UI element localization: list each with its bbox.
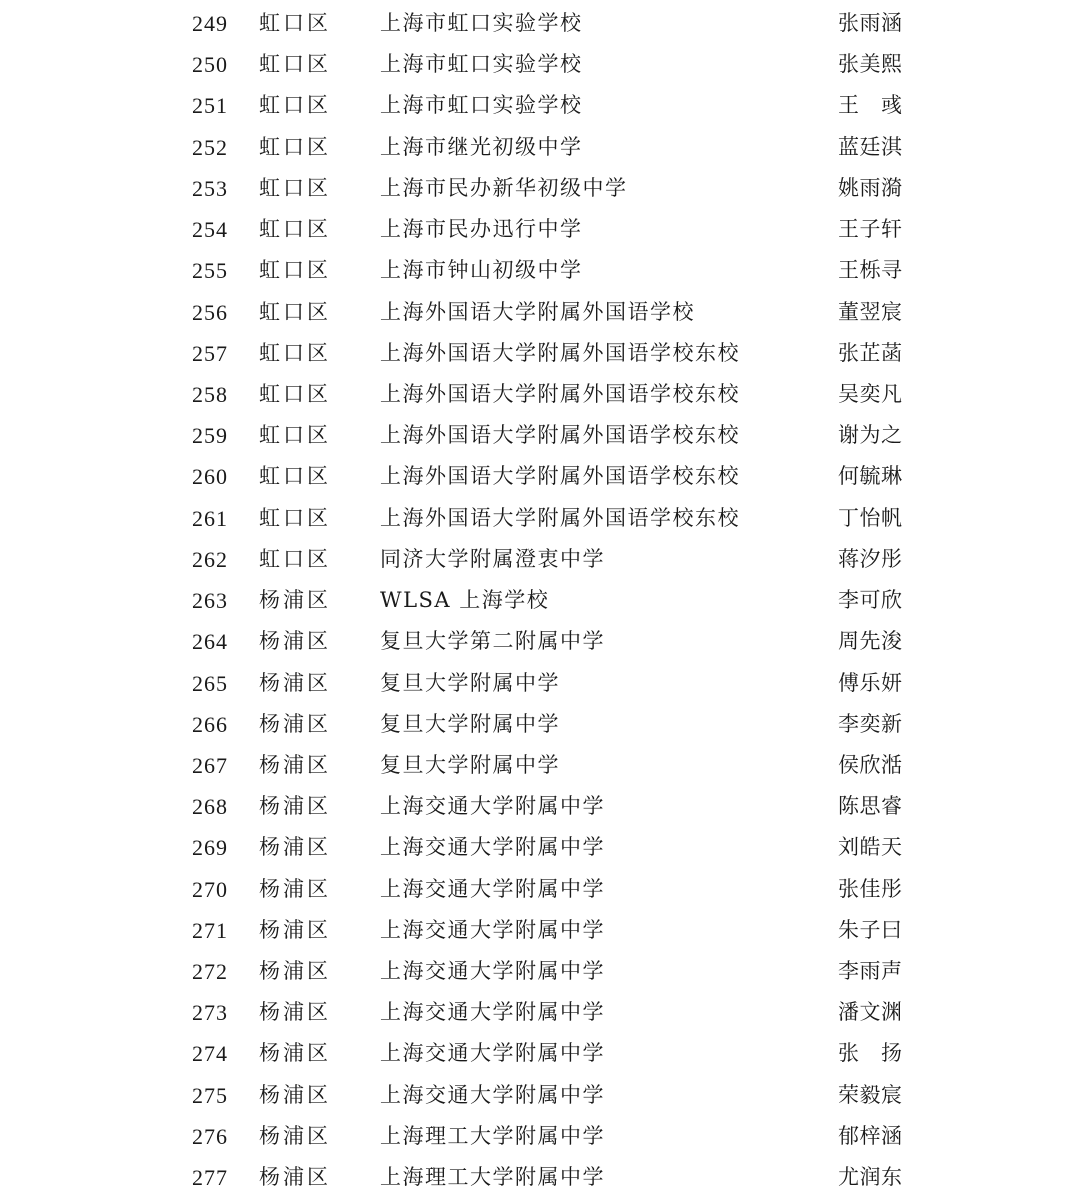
table-row: 272 杨浦区 上海交通大学附属中学 李雨声: [0, 951, 1080, 992]
district: 杨浦区: [259, 745, 331, 786]
school-name: 上海交通大学附属中学: [380, 869, 605, 910]
student-name: 谢为之: [838, 415, 902, 456]
district: 杨浦区: [259, 992, 331, 1033]
student-name: 丁怡帆: [838, 498, 902, 539]
district: 虹口区: [259, 209, 331, 250]
row-number: 262: [192, 539, 228, 580]
row-number: 276: [192, 1116, 228, 1157]
table-row: 261 虹口区 上海外国语大学附属外国语学校东校 丁怡帆: [0, 498, 1080, 539]
row-number: 252: [192, 127, 228, 168]
student-name: 尤润东: [838, 1157, 902, 1198]
row-number: 260: [192, 456, 228, 497]
district: 杨浦区: [259, 1033, 331, 1074]
district: 虹口区: [259, 374, 331, 415]
row-number: 270: [192, 869, 228, 910]
school-name: 上海市虹口实验学校: [380, 44, 583, 85]
school-name: 上海市继光初级中学: [380, 127, 583, 168]
district: 虹口区: [259, 333, 331, 374]
table-row: 267 杨浦区 复旦大学附属中学 侯欣湉: [0, 745, 1080, 786]
student-name: 蓝廷淇: [838, 127, 902, 168]
table-row: 266 杨浦区 复旦大学附属中学 李奕新: [0, 704, 1080, 745]
district: 杨浦区: [259, 1075, 331, 1116]
table-row: 269 杨浦区 上海交通大学附属中学 刘皓天: [0, 827, 1080, 868]
district: 杨浦区: [259, 621, 331, 662]
student-name: 董翌宸: [838, 292, 902, 333]
school-name: 上海市钟山初级中学: [380, 250, 583, 291]
district: 杨浦区: [259, 827, 331, 868]
row-number: 268: [192, 786, 228, 827]
school-name: 上海交通大学附属中学: [380, 827, 605, 868]
school-name: 复旦大学附属中学: [380, 704, 560, 745]
row-number: 277: [192, 1157, 228, 1198]
school-name: 上海外国语大学附属外国语学校东校: [380, 498, 740, 539]
row-number: 274: [192, 1033, 228, 1074]
table-row: 253 虹口区 上海市民办新华初级中学 姚雨漪: [0, 168, 1080, 209]
school-name: WLSA 上海学校: [380, 580, 549, 621]
table-row: 250 虹口区 上海市虹口实验学校 张美熙: [0, 44, 1080, 85]
student-name: 张美熙: [838, 44, 902, 85]
row-number: 259: [192, 415, 228, 456]
student-name: 荣毅宸: [838, 1075, 902, 1116]
school-name: 上海交通大学附属中学: [380, 786, 605, 827]
student-name: 傅乐妍: [838, 663, 902, 704]
district: 杨浦区: [259, 580, 331, 621]
school-name: 上海外国语大学附属外国语学校东校: [380, 415, 740, 456]
district: 虹口区: [259, 498, 331, 539]
school-name: 上海市虹口实验学校: [380, 3, 583, 44]
table-row: 275 杨浦区 上海交通大学附属中学 荣毅宸: [0, 1075, 1080, 1116]
district: 杨浦区: [259, 704, 331, 745]
district: 虹口区: [259, 456, 331, 497]
district: 杨浦区: [259, 786, 331, 827]
student-name: 王栎寻: [838, 250, 902, 291]
row-number: 261: [192, 498, 228, 539]
student-name: 刘皓天: [838, 827, 902, 868]
table-row: 271 杨浦区 上海交通大学附属中学 朱子曰: [0, 910, 1080, 951]
student-name: 王子轩: [838, 209, 902, 250]
row-number: 263: [192, 580, 228, 621]
school-name: 上海市民办新华初级中学: [380, 168, 628, 209]
student-name: 李可欣: [838, 580, 902, 621]
student-name: 张芷菡: [838, 333, 902, 374]
table-row: 259 虹口区 上海外国语大学附属外国语学校东校 谢为之: [0, 415, 1080, 456]
row-number: 255: [192, 250, 228, 291]
student-name: 周先浚: [838, 621, 902, 662]
district: 虹口区: [259, 44, 331, 85]
district: 虹口区: [259, 539, 331, 580]
row-number: 266: [192, 704, 228, 745]
table-row: 276 杨浦区 上海理工大学附属中学 郁梓涵: [0, 1116, 1080, 1157]
student-name: 朱子曰: [838, 910, 902, 951]
row-number: 249: [192, 3, 228, 44]
district: 虹口区: [259, 250, 331, 291]
school-name: 上海市民办迅行中学: [380, 209, 583, 250]
table-row: 277 杨浦区 上海理工大学附属中学 尤润东: [0, 1157, 1080, 1198]
district: 杨浦区: [259, 910, 331, 951]
student-name: 何毓琳: [838, 456, 902, 497]
student-name: 张 扬: [838, 1033, 902, 1074]
district: 杨浦区: [259, 951, 331, 992]
school-name: 复旦大学附属中学: [380, 745, 560, 786]
student-name: 陈思睿: [838, 786, 902, 827]
student-name: 张佳彤: [838, 869, 902, 910]
district: 杨浦区: [259, 1116, 331, 1157]
row-number: 267: [192, 745, 228, 786]
student-name: 吴奕凡: [838, 374, 902, 415]
table-row: 274 杨浦区 上海交通大学附属中学 张 扬: [0, 1033, 1080, 1074]
school-name: 上海交通大学附属中学: [380, 1033, 605, 1074]
row-number: 250: [192, 44, 228, 85]
district: 杨浦区: [259, 663, 331, 704]
table-row: 264 杨浦区 复旦大学第二附属中学 周先浚: [0, 621, 1080, 662]
school-name: 上海理工大学附属中学: [380, 1116, 605, 1157]
student-name: 张雨涵: [838, 3, 902, 44]
student-name: 侯欣湉: [838, 745, 902, 786]
school-name: 上海交通大学附属中学: [380, 910, 605, 951]
table-row: 263 杨浦区 WLSA 上海学校 李可欣: [0, 580, 1080, 621]
table-row: 256 虹口区 上海外国语大学附属外国语学校 董翌宸: [0, 292, 1080, 333]
school-name: 上海理工大学附属中学: [380, 1157, 605, 1198]
district: 虹口区: [259, 3, 331, 44]
school-name: 上海外国语大学附属外国语学校东校: [380, 456, 740, 497]
table-row: 255 虹口区 上海市钟山初级中学 王栎寻: [0, 250, 1080, 291]
student-name: 潘文渊: [838, 992, 902, 1033]
student-name: 蒋汐彤: [838, 539, 902, 580]
school-name: 上海交通大学附属中学: [380, 992, 605, 1033]
school-name: 上海交通大学附属中学: [380, 951, 605, 992]
district: 虹口区: [259, 168, 331, 209]
table-row: 262 虹口区 同济大学附属澄衷中学 蒋汐彤: [0, 539, 1080, 580]
student-name: 郁梓涵: [838, 1116, 902, 1157]
district: 杨浦区: [259, 869, 331, 910]
table-row: 254 虹口区 上海市民办迅行中学 王子轩: [0, 209, 1080, 250]
table-row: 251 虹口区 上海市虹口实验学校 王 彧: [0, 85, 1080, 126]
row-number: 251: [192, 85, 228, 126]
school-name: 同济大学附属澄衷中学: [380, 539, 605, 580]
table-row: 268 杨浦区 上海交通大学附属中学 陈思睿: [0, 786, 1080, 827]
row-number: 258: [192, 374, 228, 415]
row-number: 256: [192, 292, 228, 333]
table-row: 258 虹口区 上海外国语大学附属外国语学校东校 吴奕凡: [0, 374, 1080, 415]
table-row: 249 虹口区 上海市虹口实验学校 张雨涵: [0, 3, 1080, 44]
district: 杨浦区: [259, 1157, 331, 1198]
row-number: 272: [192, 951, 228, 992]
table-row: 270 杨浦区 上海交通大学附属中学 张佳彤: [0, 869, 1080, 910]
student-name: 李奕新: [838, 704, 902, 745]
row-number: 271: [192, 910, 228, 951]
district: 虹口区: [259, 292, 331, 333]
student-name: 李雨声: [838, 951, 902, 992]
school-name: 复旦大学第二附属中学: [380, 621, 605, 662]
school-name: 上海外国语大学附属外国语学校东校: [380, 333, 740, 374]
table-row: 252 虹口区 上海市继光初级中学 蓝廷淇: [0, 127, 1080, 168]
roster-table: 249 虹口区 上海市虹口实验学校 张雨涵 250 虹口区 上海市虹口实验学校 …: [0, 3, 1080, 1198]
row-number: 269: [192, 827, 228, 868]
school-name: 上海交通大学附属中学: [380, 1075, 605, 1116]
row-number: 254: [192, 209, 228, 250]
row-number: 253: [192, 168, 228, 209]
row-number: 273: [192, 992, 228, 1033]
table-row: 265 杨浦区 复旦大学附属中学 傅乐妍: [0, 663, 1080, 704]
district: 虹口区: [259, 127, 331, 168]
district: 虹口区: [259, 415, 331, 456]
table-row: 260 虹口区 上海外国语大学附属外国语学校东校 何毓琳: [0, 456, 1080, 497]
school-name: 上海外国语大学附属外国语学校: [380, 292, 695, 333]
row-number: 275: [192, 1075, 228, 1116]
row-number: 265: [192, 663, 228, 704]
school-name: 上海市虹口实验学校: [380, 85, 583, 126]
student-name: 王 彧: [838, 85, 902, 126]
student-name: 姚雨漪: [838, 168, 902, 209]
table-row: 273 杨浦区 上海交通大学附属中学 潘文渊: [0, 992, 1080, 1033]
school-name: 上海外国语大学附属外国语学校东校: [380, 374, 740, 415]
table-row: 257 虹口区 上海外国语大学附属外国语学校东校 张芷菡: [0, 333, 1080, 374]
district: 虹口区: [259, 85, 331, 126]
row-number: 264: [192, 621, 228, 662]
row-number: 257: [192, 333, 228, 374]
school-name: 复旦大学附属中学: [380, 663, 560, 704]
